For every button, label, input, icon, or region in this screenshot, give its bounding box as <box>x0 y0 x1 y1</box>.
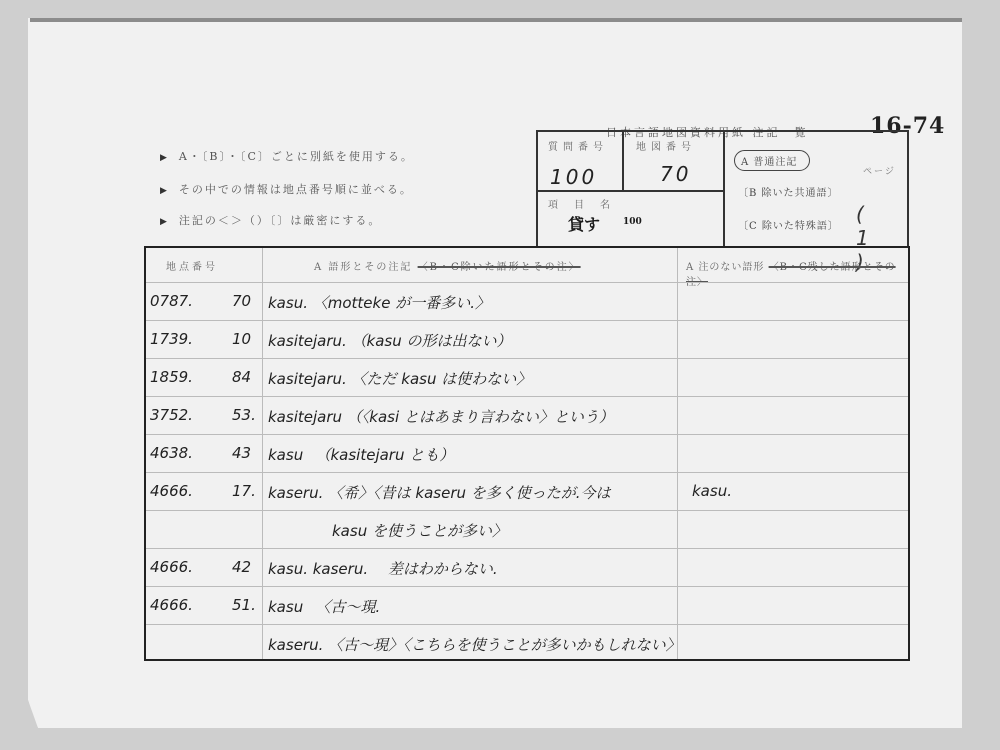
no-note-form: kasu. <box>692 482 732 500</box>
row-divider <box>146 320 908 321</box>
triangle-bullet-icon: ▶ <box>160 217 169 227</box>
instruction-1: ▶A・〔B〕・〔C〕ごとに別紙を使用する。 <box>160 148 414 164</box>
location-number: 0787. <box>150 292 193 310</box>
row-divider <box>146 396 908 397</box>
option-b[interactable]: 〔B 除いた共通語〕 <box>738 184 839 199</box>
location-subnumber: 51. <box>232 596 256 614</box>
info-box: 質問番号 100 地図番号 70 項目名 貸す 100 A 普通注記 〔B 除い… <box>536 130 909 246</box>
row-divider <box>146 434 908 435</box>
note-text: kasu. 〈motteke が一番多い.〉 <box>268 292 490 313</box>
location-number: 1859. <box>150 368 193 386</box>
column-divider <box>677 248 678 659</box>
location-subnumber: 70 <box>232 292 251 310</box>
note-text: kaseru. 〈古～現〉〈こちらを使うことが多いかもしれない〉 <box>268 634 681 655</box>
location-subnumber: 43 <box>232 444 251 462</box>
row-divider <box>146 586 908 587</box>
page-label: ページ <box>863 164 896 177</box>
map-no-label: 地図番号 <box>636 138 696 153</box>
location-number: 4666. <box>150 558 193 576</box>
question-no-label: 質問番号 <box>548 138 608 153</box>
instruction-2: ▶その中での情報は地点番号順に並べる。 <box>160 181 413 197</box>
location-number: 4666. <box>150 596 193 614</box>
divider <box>538 190 724 192</box>
option-c[interactable]: 〔C 除いた特殊語〕 <box>738 217 839 232</box>
location-number: 1739. <box>150 330 193 348</box>
row-divider <box>146 548 908 549</box>
note-text: kasu. kaseru. 差はわからない. <box>268 558 498 579</box>
option-a-selected[interactable]: A 普通注記 <box>734 150 810 171</box>
note-text: kaseru. 〈希〉〈昔は kaseru を多く使ったが.今は <box>268 482 611 503</box>
item-name-label: 項目名 <box>548 196 626 211</box>
header-notes: A 語形とその注記 〈B・C除いた語形とその注〉 <box>314 258 581 273</box>
location-subnumber: 42 <box>232 558 251 576</box>
note-text: kasu （kasitejaru とも） <box>268 444 454 465</box>
location-number: 4638. <box>150 444 193 462</box>
row-divider <box>146 472 908 473</box>
location-number: 4666. <box>150 482 193 500</box>
note-text: kasu 〈古～現. <box>268 596 380 617</box>
map-no-value: 70 <box>660 162 691 186</box>
note-text: kasu を使うことが多い〉 <box>332 520 507 541</box>
question-no-value: 100 <box>550 165 597 189</box>
column-divider <box>262 248 263 659</box>
triangle-bullet-icon: ▶ <box>160 186 169 196</box>
header-no-note: A 注のない語形 〈B・C残した語形とその注〉 <box>686 258 908 288</box>
location-subnumber: 53. <box>232 406 256 424</box>
row-divider <box>146 510 908 511</box>
note-text: kasitejaru （〈kasi とはあまり言わない〉という） <box>268 406 614 427</box>
row-divider <box>146 358 908 359</box>
location-subnumber: 84 <box>232 368 251 386</box>
location-subnumber: 17. <box>232 482 256 500</box>
location-subnumber: 10 <box>232 330 251 348</box>
notes-table: 地点番号 A 語形とその注記 〈B・C除いた語形とその注〉 A 注のない語形 〈… <box>144 246 910 661</box>
header-notes-struck: 〈B・C除いた語形とその注〉 <box>418 262 581 273</box>
instruction-3: ▶注記の＜＞（）〔〕は厳密にする。 <box>160 212 381 228</box>
item-name: 貸す <box>568 212 600 235</box>
row-divider <box>146 624 908 625</box>
location-number: 3752. <box>150 406 193 424</box>
note-text: kasitejaru. 〈ただ kasu は使わない〉 <box>268 368 531 389</box>
triangle-bullet-icon: ▶ <box>160 153 169 163</box>
item-code: 100 <box>623 217 642 227</box>
row-divider <box>146 282 908 283</box>
header-location: 地点番号 <box>166 258 218 273</box>
divider <box>622 132 624 192</box>
note-text: kasitejaru. （kasu の形は出ない） <box>268 330 512 351</box>
